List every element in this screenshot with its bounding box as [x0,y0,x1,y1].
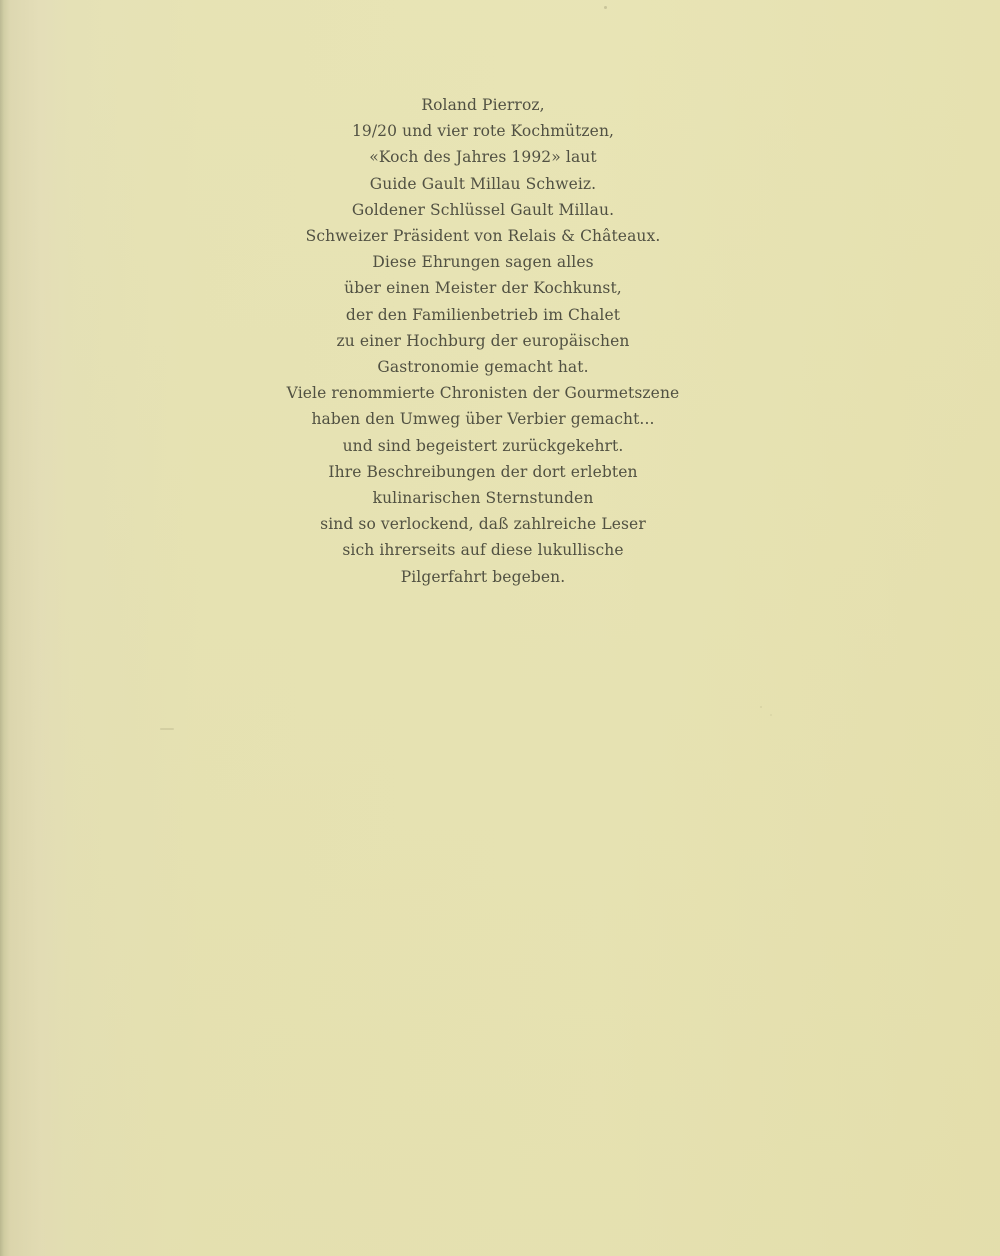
scanned-page: Roland Pierroz, 19/20 und vier rote Koch… [0,0,1000,1256]
text-line: Gastronomie gemacht hat. [233,354,733,380]
text-line: 19/20 und vier rote Kochmützen, [233,118,733,144]
text-line: Diese Ehrungen sagen alles [233,249,733,275]
paper-speck [760,706,762,708]
paper-speck [604,6,607,9]
text-line: Guide Gault Millau Schweiz. [233,171,733,197]
text-line: Ihre Beschreibungen der dort erlebten [233,459,733,485]
paper-speck [160,728,174,730]
paper-speck [770,714,772,716]
text-line: Pilgerfahrt begeben. [233,564,733,590]
text-line: kulinarischen Sternstunden [233,485,733,511]
text-line: über einen Meister der Kochkunst, [233,275,733,301]
text-line: Roland Pierroz, [233,92,733,118]
text-line: der den Familienbetrieb im Chalet [233,302,733,328]
text-line: Goldener Schlüssel Gault Millau. [233,197,733,223]
text-line: zu einer Hochburg der europäischen [233,328,733,354]
centered-text-block: Roland Pierroz, 19/20 und vier rote Koch… [233,92,733,590]
text-line: «Koch des Jahres 1992» laut [233,144,733,170]
text-line: haben den Umweg über Verbier gemacht... [233,406,733,432]
text-line: sind so verlockend, daß zahlreiche Leser [233,511,733,537]
text-line: sich ihrerseits auf diese lukullische [233,537,733,563]
text-line: Viele renommierte Chronisten der Gourmet… [233,380,733,406]
text-line: Schweizer Präsident von Relais & Château… [233,223,733,249]
text-line: und sind begeistert zurückgekehrt. [233,433,733,459]
